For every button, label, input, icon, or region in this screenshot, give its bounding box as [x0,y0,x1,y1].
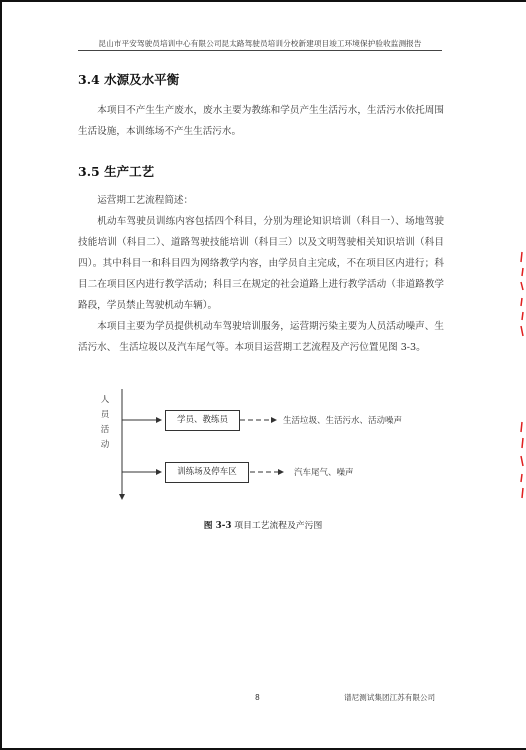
flow-connectors [0,0,526,750]
seal-stamp-fragment-bottom [519,420,524,500]
figure-number: 图 3-3 [204,521,232,531]
process-flow-diagram: 人 员 活 动 学员、教练员 生活垃圾、生活污水、活动噪声 训练场及停车区 汽车… [0,0,526,750]
page-number: 8 [255,693,260,702]
node-outputs-trainees: 生活垃圾、生活污水、活动噪声 [283,414,402,426]
node-training-ground-parking: 训练场及停车区 [165,462,249,483]
figure-title: 项目工艺流程及产污图 [234,521,322,531]
figure-caption: 图 3-3 项目工艺流程及产污图 [0,518,526,531]
footer-company: 谱尼测试集团江苏有限公司 [344,692,435,703]
node-outputs-training-ground: 汽车尾气、噪声 [294,466,354,478]
seal-stamp-fragment-top [519,250,524,345]
node-trainees-instructors: 学员、教练员 [165,410,240,431]
